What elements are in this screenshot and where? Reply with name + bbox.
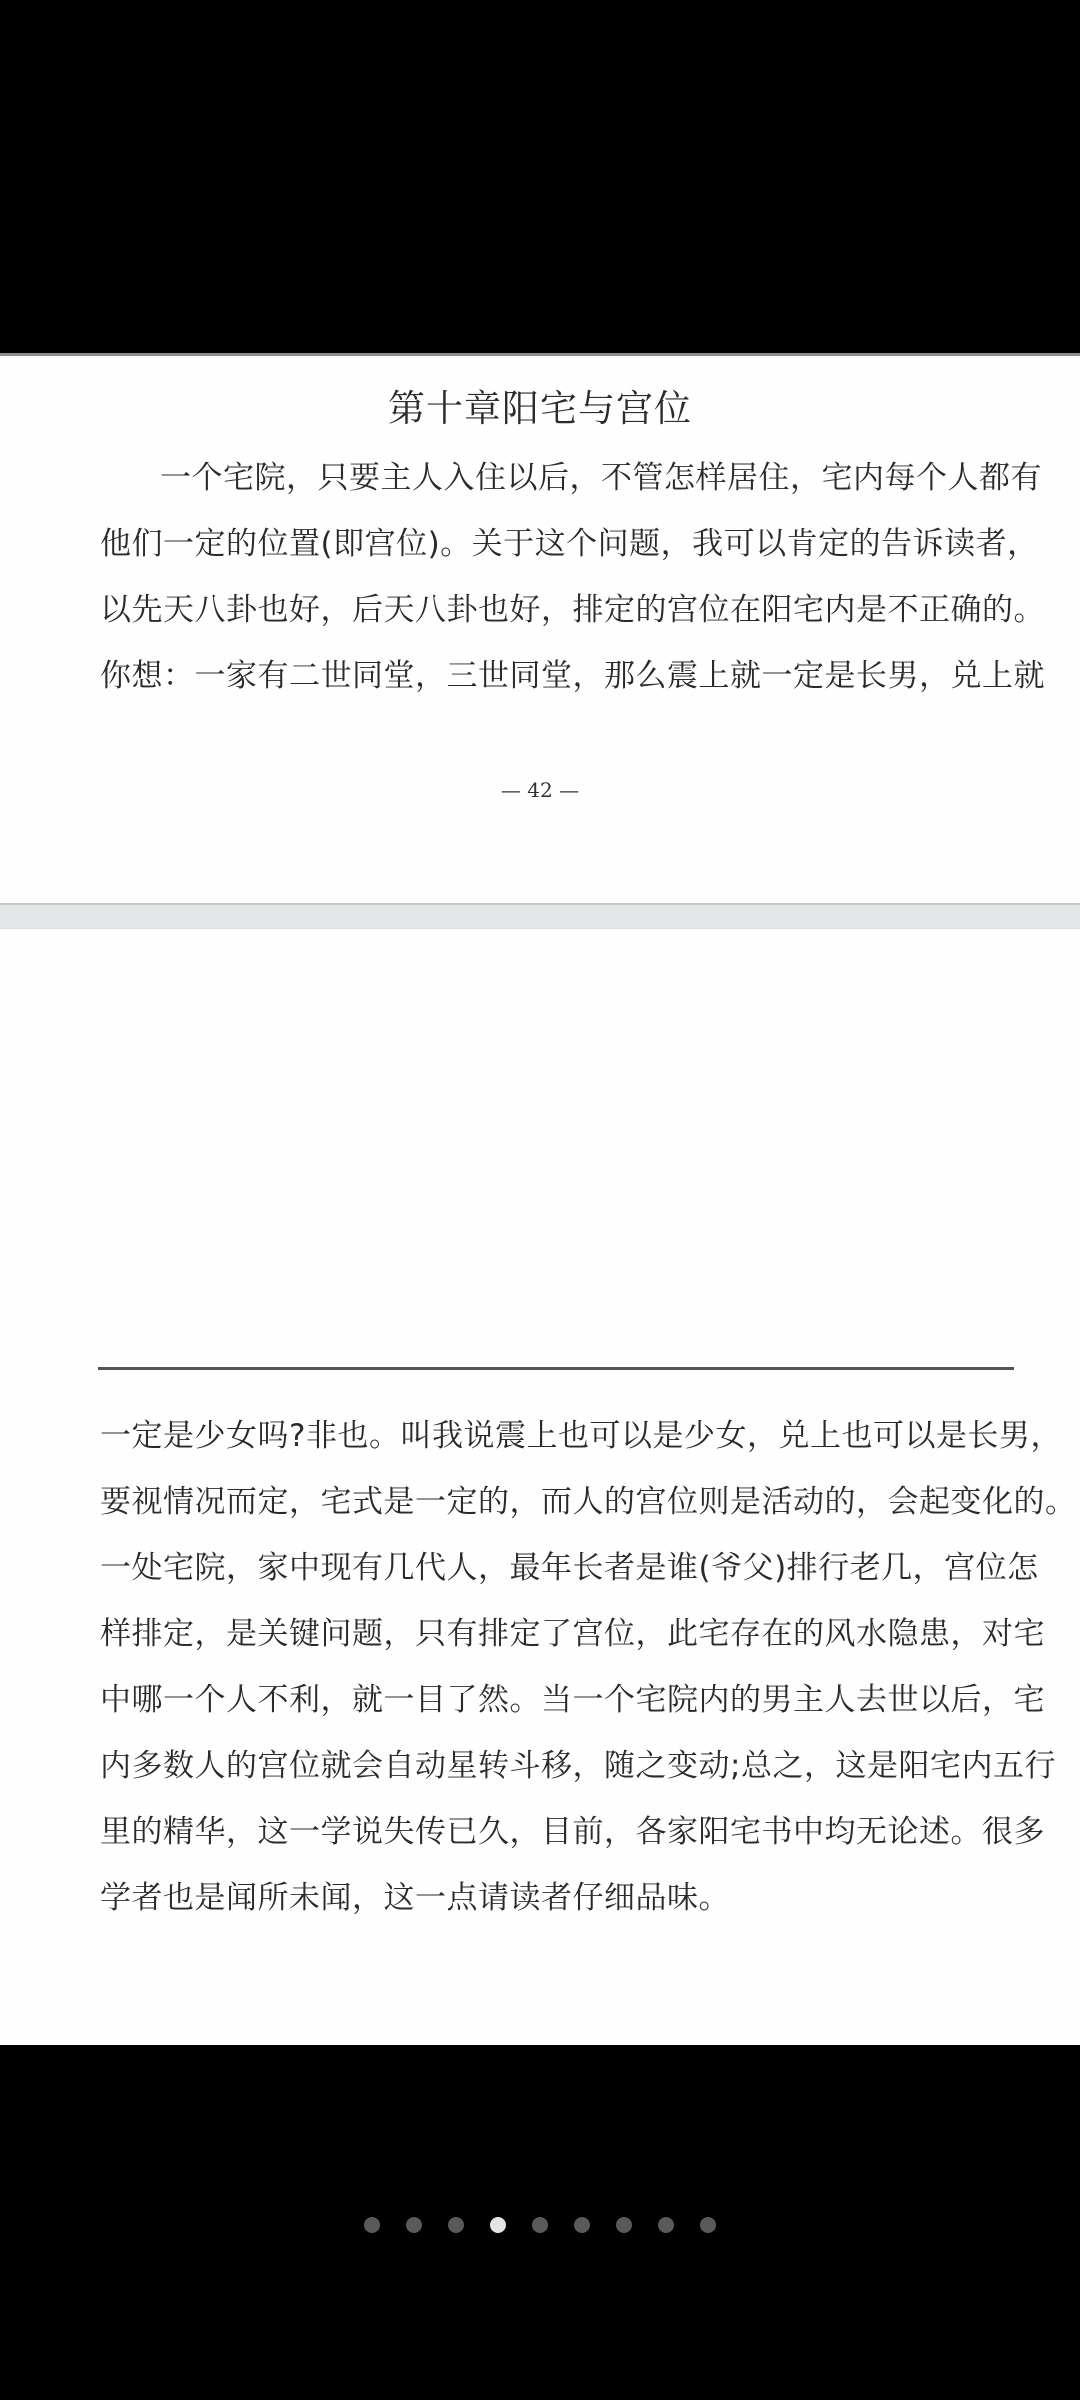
pager-dot[interactable] — [658, 2217, 674, 2233]
image-pager[interactable] — [0, 2215, 1080, 2235]
pager-dot[interactable] — [574, 2217, 590, 2233]
pager-dot[interactable] — [700, 2217, 716, 2233]
page-header-rule — [98, 1367, 1014, 1370]
image-viewer[interactable]: 第十章阳宅与宫位 一个宅院，只要主人入住以后，不管怎样居住，宅内每个人都有 他们… — [0, 0, 1080, 2400]
pager-dot[interactable] — [616, 2217, 632, 2233]
chapter-title: 第十章阳宅与宫位 — [0, 378, 1080, 432]
pager-dot[interactable] — [406, 2217, 422, 2233]
text-line: 一个宅院，只要主人入住以后，不管怎样居住，宅内每个人都有 — [160, 452, 1042, 497]
text-line: 学者也是闻所未闻，这一点请读者仔细品味。 — [100, 1872, 730, 1917]
text-line: 要视情况而定，宅式是一定的，而人的宫位则是活动的，会起变化的。 — [100, 1476, 1077, 1521]
text-line: 一定是少女吗?非也。叫我说震上也可以是少女，兑上也可以是长男， — [100, 1410, 1062, 1455]
page-separator — [0, 903, 1080, 929]
text-line: 中哪一个人不利，就一目了然。当一个宅院内的男主人去世以后，宅 — [100, 1674, 1045, 1719]
text-line: 以先天八卦也好，后天八卦也好，排定的宫位在阳宅内是不正确的。 — [100, 584, 1045, 629]
top-letterbox — [0, 0, 1080, 353]
book-page-43: 一定是少女吗?非也。叫我说震上也可以是少女，兑上也可以是长男， 要视情况而定，宅… — [0, 930, 1080, 2045]
text-line: 一处宅院，家中现有几代人，最年长者是谁(爷父)排行老几，宫位怎 — [100, 1542, 1039, 1587]
text-line: 内多数人的宫位就会自动星转斗移，随之变动;总之，这是阳宅内五行 — [100, 1740, 1056, 1785]
pager-dot[interactable] — [448, 2217, 464, 2233]
book-page-42: 第十章阳宅与宫位 一个宅院，只要主人入住以后，不管怎样居住，宅内每个人都有 他们… — [0, 356, 1080, 903]
pager-dot-active[interactable] — [490, 2217, 506, 2233]
text-line: 样排定，是关键问题，只有排定了宫位，此宅存在的风水隐患，对宅 — [100, 1608, 1045, 1653]
text-line: 里的精华，这一学说失传已久，目前，各家阳宅书中均无论述。很多 — [100, 1806, 1045, 1851]
scanned-book-image[interactable]: 第十章阳宅与宫位 一个宅院，只要主人入住以后，不管怎样居住，宅内每个人都有 他们… — [0, 353, 1080, 2045]
page-number: — 42 — — [0, 778, 1080, 802]
text-line: 他们一定的位置(即宫位)。关于这个问题，我可以肯定的告诉读者， — [100, 518, 1039, 563]
pager-dot[interactable] — [364, 2217, 380, 2233]
pager-dot[interactable] — [532, 2217, 548, 2233]
text-line: 你想：一家有二世同堂，三世同堂，那么震上就一定是长男，兑上就 — [100, 650, 1045, 695]
